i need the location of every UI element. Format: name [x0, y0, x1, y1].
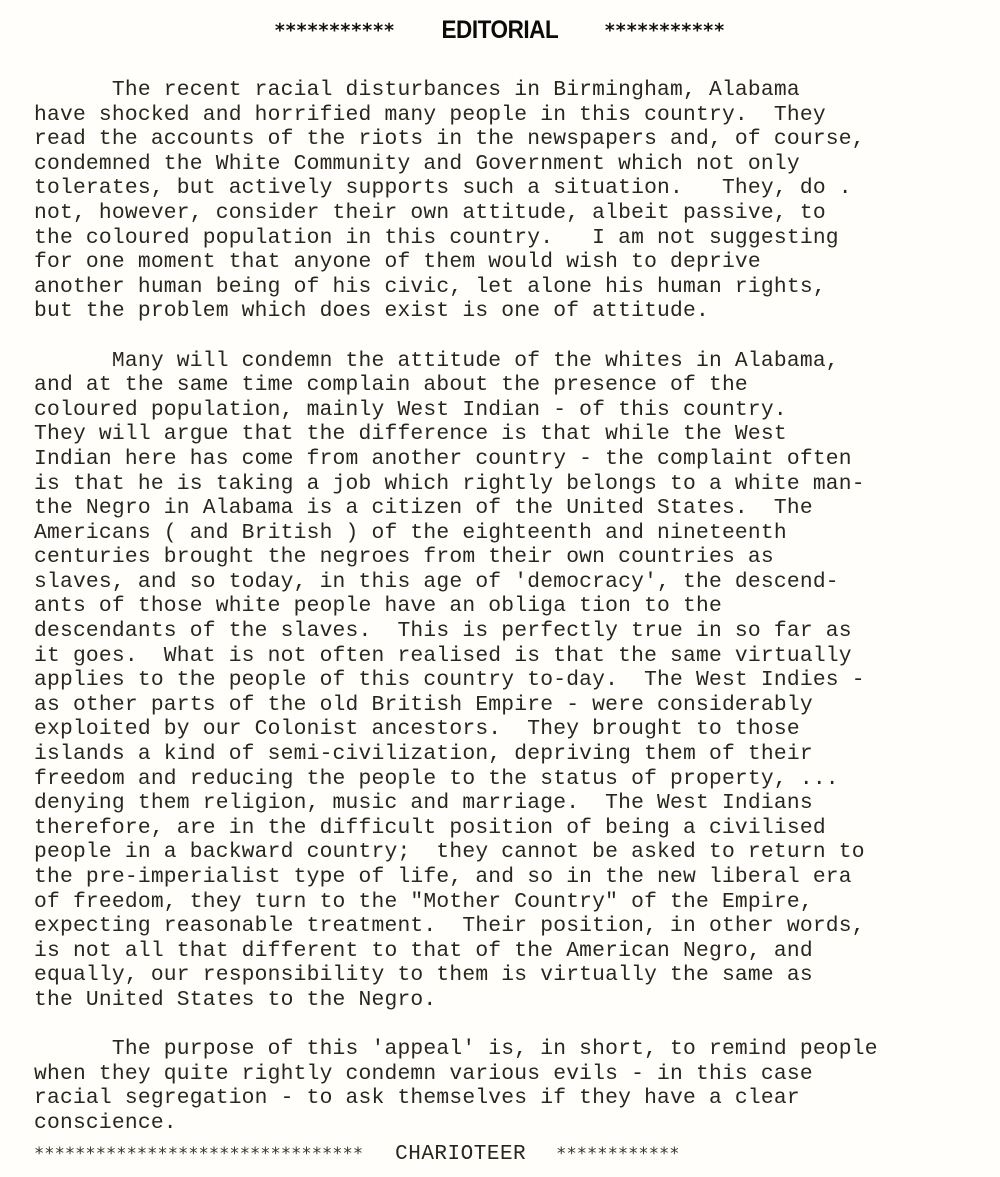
text-line: not, however, consider their own attitud…	[34, 201, 984, 226]
header-right-asterisks: ***********	[605, 20, 725, 42]
text-line: denying them religion, music and marriag…	[34, 791, 984, 816]
editorial-footer: ********************************CHARIOTE…	[34, 1143, 680, 1166]
text-line: conscience.	[34, 1111, 984, 1136]
text-line: as other parts of the old British Empire…	[34, 693, 984, 718]
text-line: They will argue that the difference is t…	[34, 422, 984, 447]
text-line: The purpose of this 'appeal' is, in shor…	[34, 1037, 984, 1062]
text-line: it goes. What is not often realised is t…	[34, 644, 984, 669]
text-line: people in a backward country; they canno…	[34, 840, 984, 865]
text-line: applies to the people of this country to…	[34, 668, 984, 693]
text-line: the Negro in Alabama is a citizen of the…	[34, 496, 984, 521]
text-line: condemned the White Community and Govern…	[34, 152, 984, 177]
text-line: the pre-imperialist type of life, and so…	[34, 865, 984, 890]
text-line: Indian here has come from another countr…	[34, 447, 984, 472]
text-line: and at the same time complain about the …	[34, 373, 984, 398]
text-line: exploited by our Colonist ancestors. The…	[34, 717, 984, 742]
page-title: EDITORIAL	[442, 16, 559, 45]
paragraph-gap	[34, 324, 984, 349]
text-line: is not all that different to that of the…	[34, 939, 984, 964]
paragraph-3: The purpose of this 'appeal' is, in shor…	[34, 1037, 984, 1135]
text-line: therefore, are in the difficult position…	[34, 816, 984, 841]
text-line: The recent racial disturbances in Birmin…	[34, 78, 984, 103]
text-line: for one moment that anyone of them would…	[34, 250, 984, 275]
editorial-header: *********** EDITORIAL ***********	[0, 16, 1000, 45]
text-line: Americans ( and British ) of the eightee…	[34, 521, 984, 546]
typed-editorial-page: *********** EDITORIAL *********** The re…	[0, 0, 1000, 1177]
text-line: of freedom, they turn to the "Mother Cou…	[34, 890, 984, 915]
text-line: is that he is taking a job which rightly…	[34, 472, 984, 497]
text-line: the coloured population in this country.…	[34, 226, 984, 251]
author-signature: CHARIOTEER	[395, 1143, 526, 1166]
footer-left-asterisks: ********************************	[34, 1144, 363, 1164]
text-line: equally, our responsibility to them is v…	[34, 963, 984, 988]
header-left-asterisks: ***********	[275, 20, 395, 42]
text-line: tolerates, but actively supports such a …	[34, 176, 984, 201]
text-line: racial segregation - to ask themselves i…	[34, 1086, 984, 1111]
paragraph-gap	[34, 1013, 984, 1038]
text-line: another human being of his civic, let al…	[34, 275, 984, 300]
text-line: islands a kind of semi-civilization, dep…	[34, 742, 984, 767]
text-line: coloured population, mainly West Indian …	[34, 398, 984, 423]
text-line: but the problem which does exist is one …	[34, 299, 984, 324]
paragraph-1: The recent racial disturbances in Birmin…	[34, 78, 984, 324]
text-line: have shocked and horrified many people i…	[34, 103, 984, 128]
text-line: when they quite rightly condemn various …	[34, 1062, 984, 1087]
footer-right-asterisks: ************	[556, 1144, 679, 1164]
text-line: ants of those white people have an oblig…	[34, 594, 984, 619]
text-line: centuries brought the negroes from their…	[34, 545, 984, 570]
text-line: Many will condemn the attitude of the wh…	[34, 349, 984, 374]
text-line: slaves, and so today, in this age of 'de…	[34, 570, 984, 595]
text-line: freedom and reducing the people to the s…	[34, 767, 984, 792]
text-line: read the accounts of the riots in the ne…	[34, 127, 984, 152]
text-line: descendants of the slaves. This is perfe…	[34, 619, 984, 644]
text-line: the United States to the Negro.	[34, 988, 984, 1013]
text-line: expecting reasonable treatment. Their po…	[34, 914, 984, 939]
editorial-body: The recent racial disturbances in Birmin…	[34, 78, 984, 1136]
paragraph-2: Many will condemn the attitude of the wh…	[34, 349, 984, 1013]
